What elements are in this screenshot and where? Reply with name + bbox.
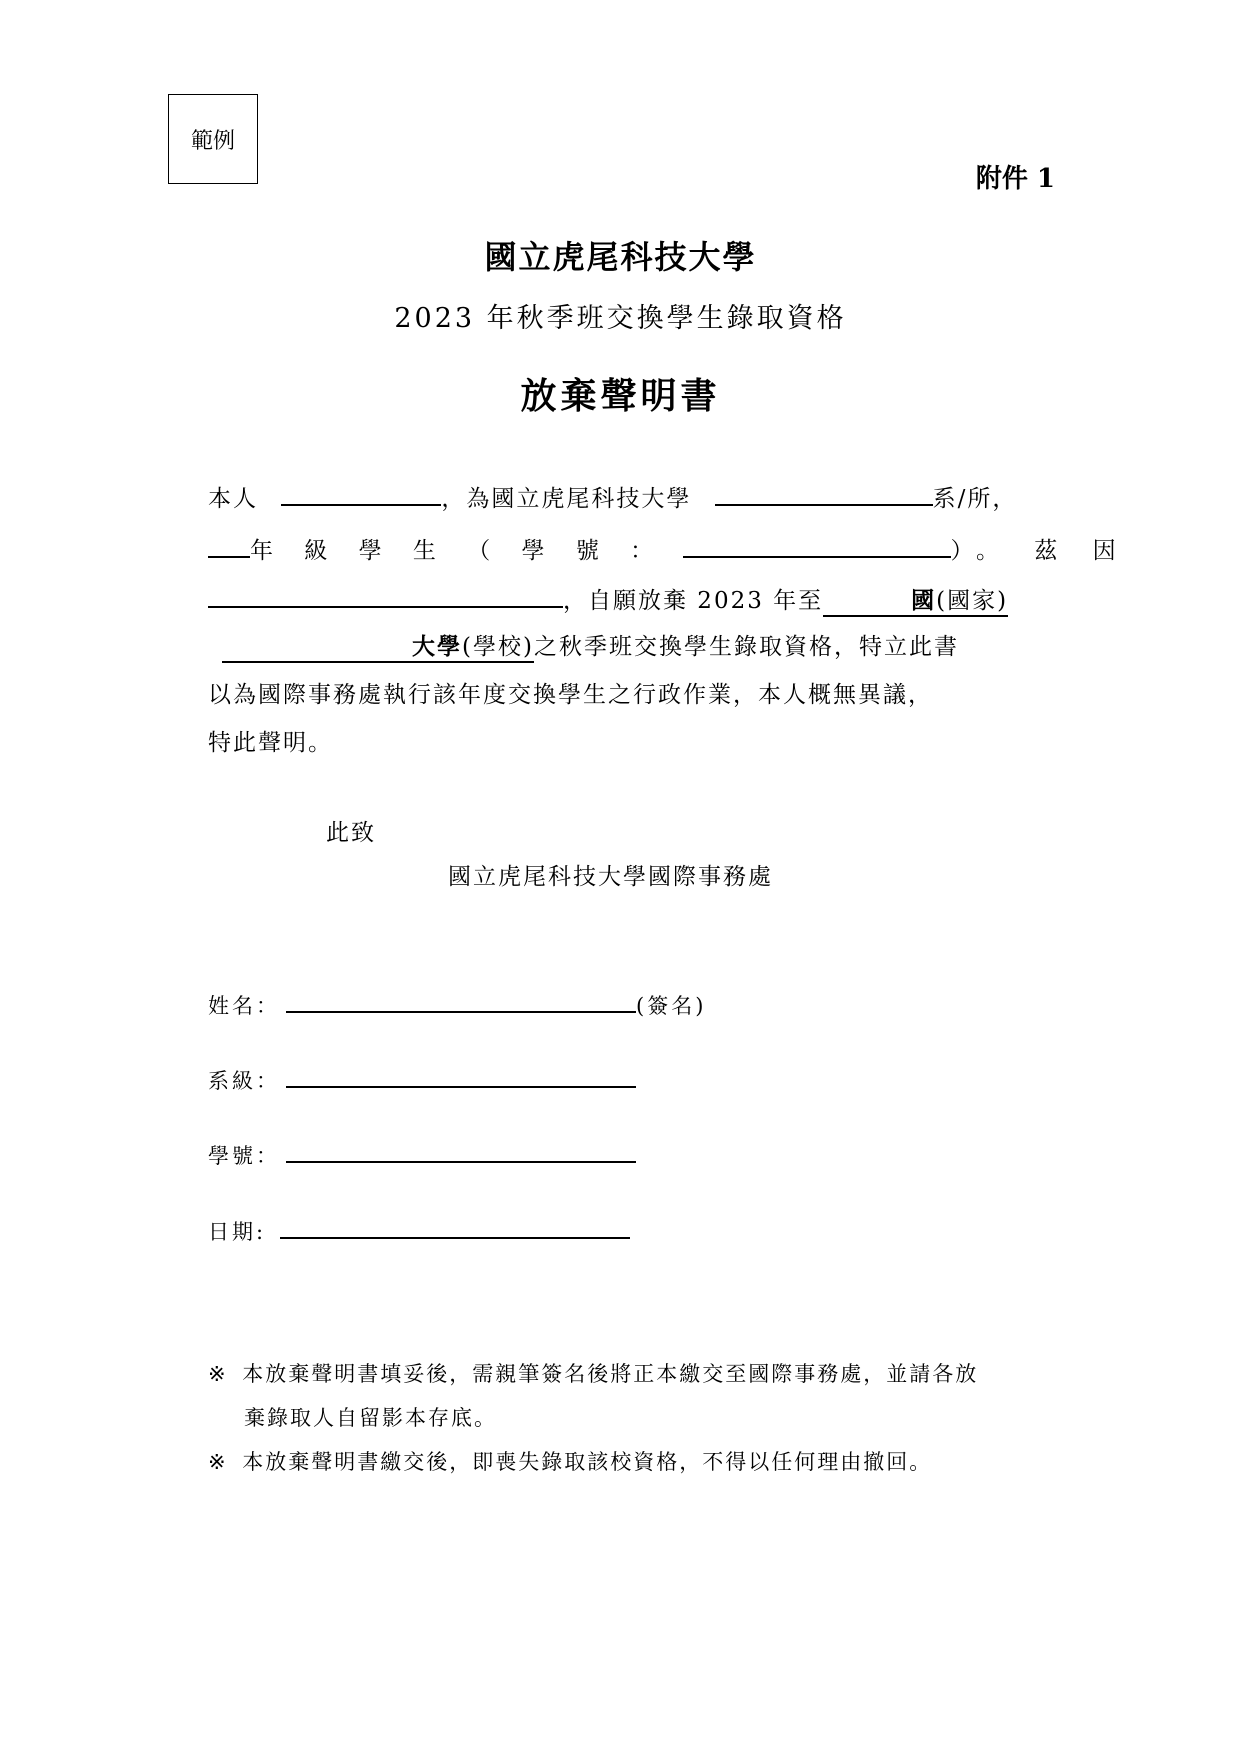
note-2-line-1: 本放棄聲明書繳交後，即喪失錄取該校資格，不得以任何理由撤回。 (242, 1450, 932, 1474)
body-line-4: 大學(學校)之秋季班交換學生錄取資格，特立此書 (222, 628, 959, 663)
signature-date-field[interactable] (280, 1236, 630, 1239)
signature-dept-field[interactable] (286, 1085, 636, 1088)
body-line-3: ，自願放棄 2023 年至國(國家) (208, 582, 1008, 617)
country-note: (國家) (936, 588, 1008, 614)
text-qualification: 之秋季班交換學生錄取資格，特立此書 (534, 634, 959, 660)
text-dept: 系/所， (933, 486, 1018, 512)
signature-student-id-row: 學號： (208, 1140, 636, 1170)
university-blank-field[interactable]: 大學(學校) (222, 628, 534, 663)
university-note: (學校) (462, 634, 534, 660)
text-university: ，為國立虎尾科技大學 (441, 486, 691, 512)
name-blank-field[interactable] (281, 503, 441, 506)
body-line-5: 以為國際事務處執行該年度交換學生之行政作業，本人概無異議， (208, 676, 933, 709)
note-2: ※ 本放棄聲明書繳交後，即喪失錄取該校資格，不得以任何理由撤回。 (208, 1446, 932, 1476)
body-line-2: 年 級 學 生 （ 學 號 ： ）。 茲 因 (208, 532, 1130, 565)
text-waive: ，自願放棄 2023 年至 (563, 588, 823, 614)
date-label: 日期: (208, 1220, 266, 1244)
recipient: 國立虎尾科技大學國際事務處 (448, 858, 773, 891)
document-title: 放棄聲明書 (0, 368, 1241, 419)
grade-blank-field[interactable] (208, 555, 250, 558)
country-suffix: 國 (911, 587, 936, 614)
department-blank-field[interactable] (715, 503, 933, 506)
country-blank-field[interactable]: 國(國家) (823, 582, 1008, 617)
name-label: 姓名： (208, 994, 280, 1018)
salutation: 此致 (326, 814, 376, 847)
note-1-continued: 棄錄取人自留影本存底。 (244, 1402, 497, 1432)
attachment-label: 附件 1 (976, 158, 1055, 195)
student-id-blank-field[interactable] (683, 555, 951, 558)
reference-mark-icon: ※ (208, 1450, 228, 1474)
signature-name-field[interactable] (286, 1010, 636, 1013)
reason-blank-field[interactable] (208, 605, 563, 608)
signature-dept-row: 系級： (208, 1065, 636, 1095)
note-1: ※ 本放棄聲明書填妥後，需親筆簽名後將正本繳交至國際事務處，並請各放 (208, 1358, 978, 1388)
signature-name-row: 姓名：(簽名) (208, 990, 706, 1020)
student-id-label: 學號： (208, 1144, 280, 1168)
university-title: 國立虎尾科技大學 (0, 232, 1241, 278)
document-subtitle: 2023 年秋季班交換學生錄取資格 (0, 296, 1241, 335)
university-suffix: 大學 (412, 633, 462, 660)
sample-label: 範例 (191, 124, 235, 155)
body-line-1: 本人 ，為國立虎尾科技大學 系/所， (208, 480, 1017, 513)
body-line-6: 特此聲明。 (208, 724, 333, 757)
signature-note: (簽名) (636, 994, 706, 1018)
note-1-line-1: 本放棄聲明書填妥後，需親筆簽名後將正本繳交至國際事務處，並請各放 (242, 1362, 978, 1386)
reference-mark-icon: ※ (208, 1362, 228, 1386)
signature-student-id-field[interactable] (286, 1160, 636, 1163)
signature-date-row: 日期: (208, 1216, 630, 1246)
text-reason: ）。 茲 因 (951, 538, 1130, 564)
sample-stamp-box: 範例 (168, 94, 258, 184)
dept-label: 系級： (208, 1069, 280, 1093)
text-self: 本人 (208, 486, 258, 512)
text-grade-student: 年 級 學 生 （ 學 號 ： (250, 538, 665, 564)
